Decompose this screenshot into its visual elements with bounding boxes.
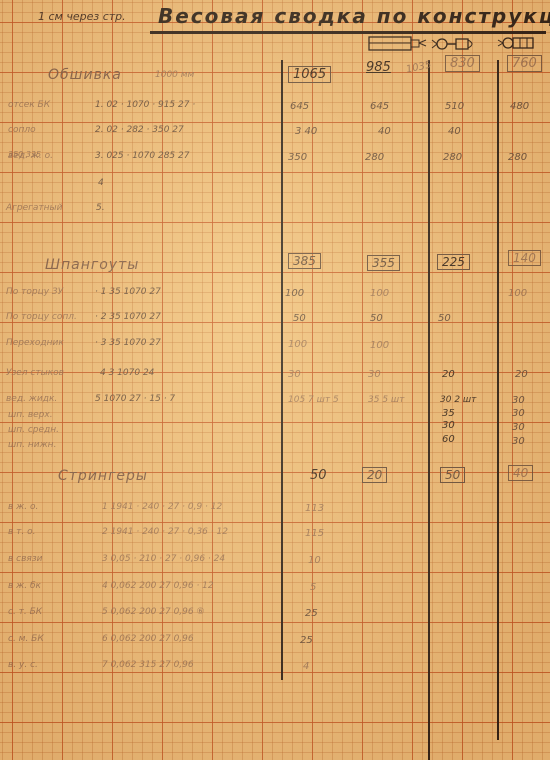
row-value: 280 — [443, 152, 462, 163]
row-label: шп. нижн. — [8, 440, 56, 450]
row-value: 60 — [442, 434, 455, 445]
row-value: 50 — [370, 313, 383, 324]
row-label: в т. о. — [8, 527, 36, 537]
section-total: 225 — [437, 254, 470, 270]
row-value: 645 — [290, 101, 309, 112]
row-label: По торцу ЗУ — [6, 287, 63, 297]
section-title-frames: Шпангоуты — [45, 257, 139, 273]
row-spec: 5. — [96, 203, 105, 213]
row-value: 350 — [288, 152, 307, 163]
row-label: с. т. БК — [8, 607, 42, 617]
row-label: Узел стыков — [6, 368, 64, 378]
row-value: 30 — [512, 395, 525, 406]
row-value: 5 — [310, 582, 316, 593]
row-value: 115 — [305, 528, 324, 539]
row-value: 480 — [510, 101, 529, 112]
row-value: 645 — [370, 101, 389, 112]
row-label: в ж. о. — [8, 502, 38, 512]
document-title: Весовая сводка по конструкц — [158, 4, 550, 28]
row-spec: 3 0,05 · 210 · 27 · 0,96 · 24 — [102, 554, 225, 564]
column-divider-1 — [281, 60, 283, 680]
row-spec: · 2 35 1070 27 — [95, 312, 161, 322]
row-value: 35 5 шт — [368, 395, 404, 405]
row-value: 40 — [378, 126, 391, 137]
row-label: Агрегатный — [6, 203, 62, 213]
row-value: 510 — [445, 101, 464, 112]
column-total-2: 985 — [366, 60, 391, 75]
row-value: 40 — [448, 126, 461, 137]
row-value: 30 2 шт — [440, 395, 476, 405]
row-value: 35 — [442, 408, 455, 419]
row-label: с. м. БК — [8, 634, 44, 644]
section-total: 50 — [310, 468, 327, 483]
row-spec: 5 0,062 200 27 0,96 ⑥ — [102, 607, 205, 617]
row-label: в ж. бк — [8, 581, 41, 591]
row-value: 20 — [515, 369, 528, 380]
row-spec: 1. 02 · 1070 · 915 27 · — [95, 100, 195, 110]
row-value: 280 — [365, 152, 384, 163]
row-label: шп. верх. — [8, 410, 53, 420]
row-value: 280 — [508, 152, 527, 163]
column-divider-3 — [497, 60, 499, 740]
row-value: 105 7 шт 5 — [288, 395, 339, 405]
row-spec: 1 1941 · 240 · 27 · 0,9 · 12 — [102, 502, 222, 512]
scale-note: 1 см через стр. — [38, 10, 126, 23]
title-underline — [150, 31, 546, 34]
row-value: 100 — [370, 288, 389, 299]
row-spec: 7 0,062 315 27 0,96 — [102, 660, 194, 670]
row-value: 100 — [285, 288, 304, 299]
row-value: 100 — [288, 339, 307, 350]
row-value: 25 — [300, 635, 313, 646]
column-total-3: 830 — [445, 55, 480, 72]
engine-configuration-2-icon — [430, 37, 484, 51]
row-value: 30 — [512, 436, 525, 447]
row-value: 30 — [512, 422, 525, 433]
section-title-skin: Обшивка — [48, 67, 122, 83]
row-label: в. у. с. — [8, 660, 38, 670]
section-subtitle-skin: 1000 мм — [155, 70, 194, 80]
row-label: сопло — [8, 125, 36, 135]
graph-paper-sheet: 1 см через стр. Весовая сводка по констр… — [0, 0, 550, 760]
row-spec: 5 1070 27 · 15 · 7 — [95, 394, 175, 404]
section-total: 20 — [362, 467, 387, 483]
row-value: 25 — [305, 608, 318, 619]
row-spec: 2 1941 · 240 · 27 · 0,36 · 12 — [102, 527, 228, 537]
row-label: По торцу сопл. — [6, 312, 77, 322]
row-value: 30 — [368, 369, 381, 380]
row-value: 50 — [293, 313, 306, 324]
row-spec: 2. 02 · 282 · 350 27 — [95, 125, 184, 135]
row-value: 113 — [305, 503, 324, 514]
row-value: 50 — [438, 313, 451, 324]
section-title-stringers: Стрингеры — [58, 468, 148, 484]
row-value: 4 — [303, 661, 309, 672]
row-spec: 4 0,062 200 27 0,96 · 12 — [102, 581, 214, 591]
section-total: 385 — [288, 253, 321, 269]
row-label: шп. средн. — [8, 425, 59, 435]
row-value: 30 — [288, 369, 301, 380]
engine-configuration-3-icon — [497, 36, 537, 50]
row-spec: 4 — [98, 178, 104, 188]
row-label: отсек БК — [8, 100, 50, 110]
row-value: 10 — [308, 555, 321, 566]
row-value: 100 — [508, 288, 527, 299]
row-value: 30 — [512, 408, 525, 419]
column-total-1: 1065 — [288, 66, 331, 83]
row-label: Переходник — [6, 338, 64, 348]
row-spec: 4 3 1070 24 — [100, 368, 154, 378]
row-value: 30 — [442, 420, 455, 431]
column-divider-2 — [428, 60, 430, 760]
section-total: 40 — [508, 465, 533, 481]
section-total: 355 — [367, 255, 400, 271]
section-total: 140 — [508, 250, 541, 266]
row-value: 20 — [442, 369, 455, 380]
row-spec: · 1 35 1070 27 — [95, 287, 161, 297]
row-label: в связи — [8, 554, 42, 564]
row-value: 100 — [370, 340, 389, 351]
column-total-4: 760 — [507, 55, 542, 72]
row-value: 3 40 — [295, 126, 317, 137]
row-spec: 6 0,062 200 27 0,96 — [102, 634, 194, 644]
engine-configuration-1-icon — [368, 35, 430, 53]
section-total: 50 — [440, 467, 465, 483]
row-spec: · 3 35 1070 27 — [95, 338, 161, 348]
row-label: вед. жидк. — [6, 394, 57, 404]
row-label: вед. ж. о. — [8, 151, 53, 161]
row-spec: 3. 025 · 1070 285 27 — [95, 151, 189, 161]
